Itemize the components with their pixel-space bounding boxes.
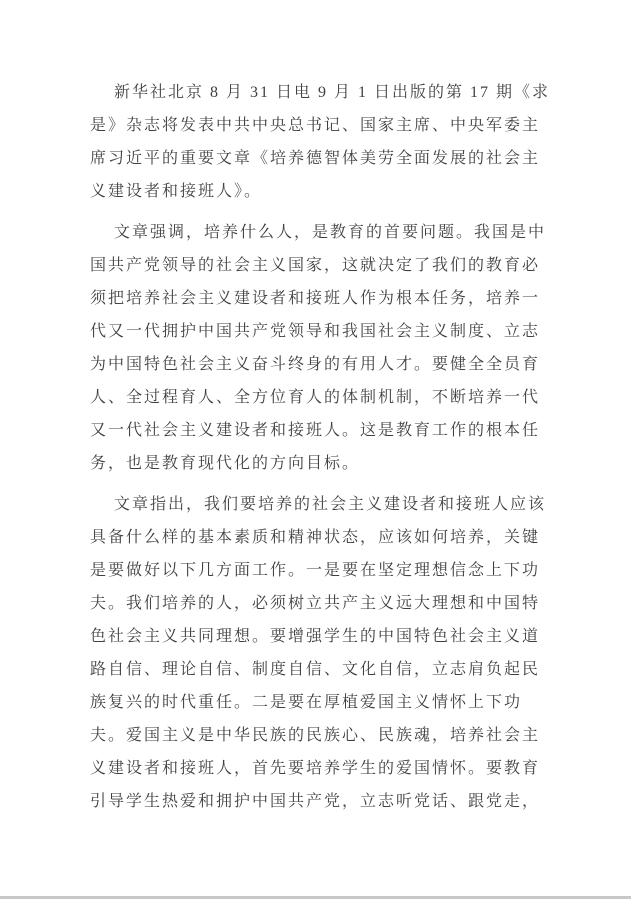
text-line: 路自信、理论自信、制度自信、文化自信，立志肩负起民 — [90, 653, 595, 686]
text-line: 新华社北京 8 月 31 日电 9 月 1 日出版的第 17 期《求 — [90, 76, 595, 109]
text-line: 义建设者和接班人，首先要培养学生的爱国情怀。要教育 — [90, 752, 595, 785]
text-line: 须把培养社会主义建设者和接班人作为根本任务，培养一 — [90, 282, 595, 315]
article-text: 新华社北京 8 月 31 日电 9 月 1 日出版的第 17 期《求是》杂志将发… — [90, 76, 595, 826]
text-line: 夫。爱国主义是中华民族的民族心、民族魂，培养社会主 — [90, 719, 595, 752]
paragraph: 文章强调，培养什么人，是教育的首要问题。我国是中国共产党领导的社会主义国家，这就… — [90, 216, 595, 480]
text-line: 色社会主义共同理想。要增强学生的中国特色社会主义道 — [90, 620, 595, 653]
paragraph: 新华社北京 8 月 31 日电 9 月 1 日出版的第 17 期《求是》杂志将发… — [90, 76, 595, 208]
text-line: 为中国特色社会主义奋斗终身的有用人才。要健全全员育 — [90, 348, 595, 381]
text-line: 引导学生热爱和拥护中国共产党，立志听党话、跟党走， — [90, 785, 595, 818]
text-line: 文章指出，我们要培养的社会主义建设者和接班人应该 — [90, 488, 595, 521]
text-line: 具备什么样的基本素质和精神状态，应该如何培养，关键 — [90, 521, 595, 554]
text-line: 族复兴的时代重任。二是要在厚植爱国主义情怀上下功 — [90, 686, 595, 719]
text-line: 人、全过程育人、全方位育人的体制机制，不断培养一代 — [90, 381, 595, 414]
text-line: 务，也是教育现代化的方向目标。 — [90, 447, 595, 480]
text-line: 席习近平的重要文章《培养德智体美劳全面发展的社会主 — [90, 142, 595, 175]
paragraph: 文章指出，我们要培养的社会主义建设者和接班人应该具备什么样的基本素质和精神状态，… — [90, 488, 595, 818]
text-line: 国共产党领导的社会主义国家，这就决定了我们的教育必 — [90, 249, 595, 282]
document-page: 新华社北京 8 月 31 日电 9 月 1 日出版的第 17 期《求是》杂志将发… — [0, 0, 631, 899]
text-line: 又一代社会主义建设者和接班人。这是教育工作的根本任 — [90, 414, 595, 447]
text-line: 文章强调，培养什么人，是教育的首要问题。我国是中 — [90, 216, 595, 249]
text-line: 是》杂志将发表中共中央总书记、国家主席、中央军委主 — [90, 109, 595, 142]
text-line: 夫。我们培养的人，必须树立共产主义远大理想和中国特 — [90, 587, 595, 620]
text-line: 是要做好以下几方面工作。一是要在坚定理想信念上下功 — [90, 554, 595, 587]
text-line: 代又一代拥护中国共产党领导和我国社会主义制度、立志 — [90, 315, 595, 348]
text-line: 义建设者和接班人》。 — [90, 175, 595, 208]
